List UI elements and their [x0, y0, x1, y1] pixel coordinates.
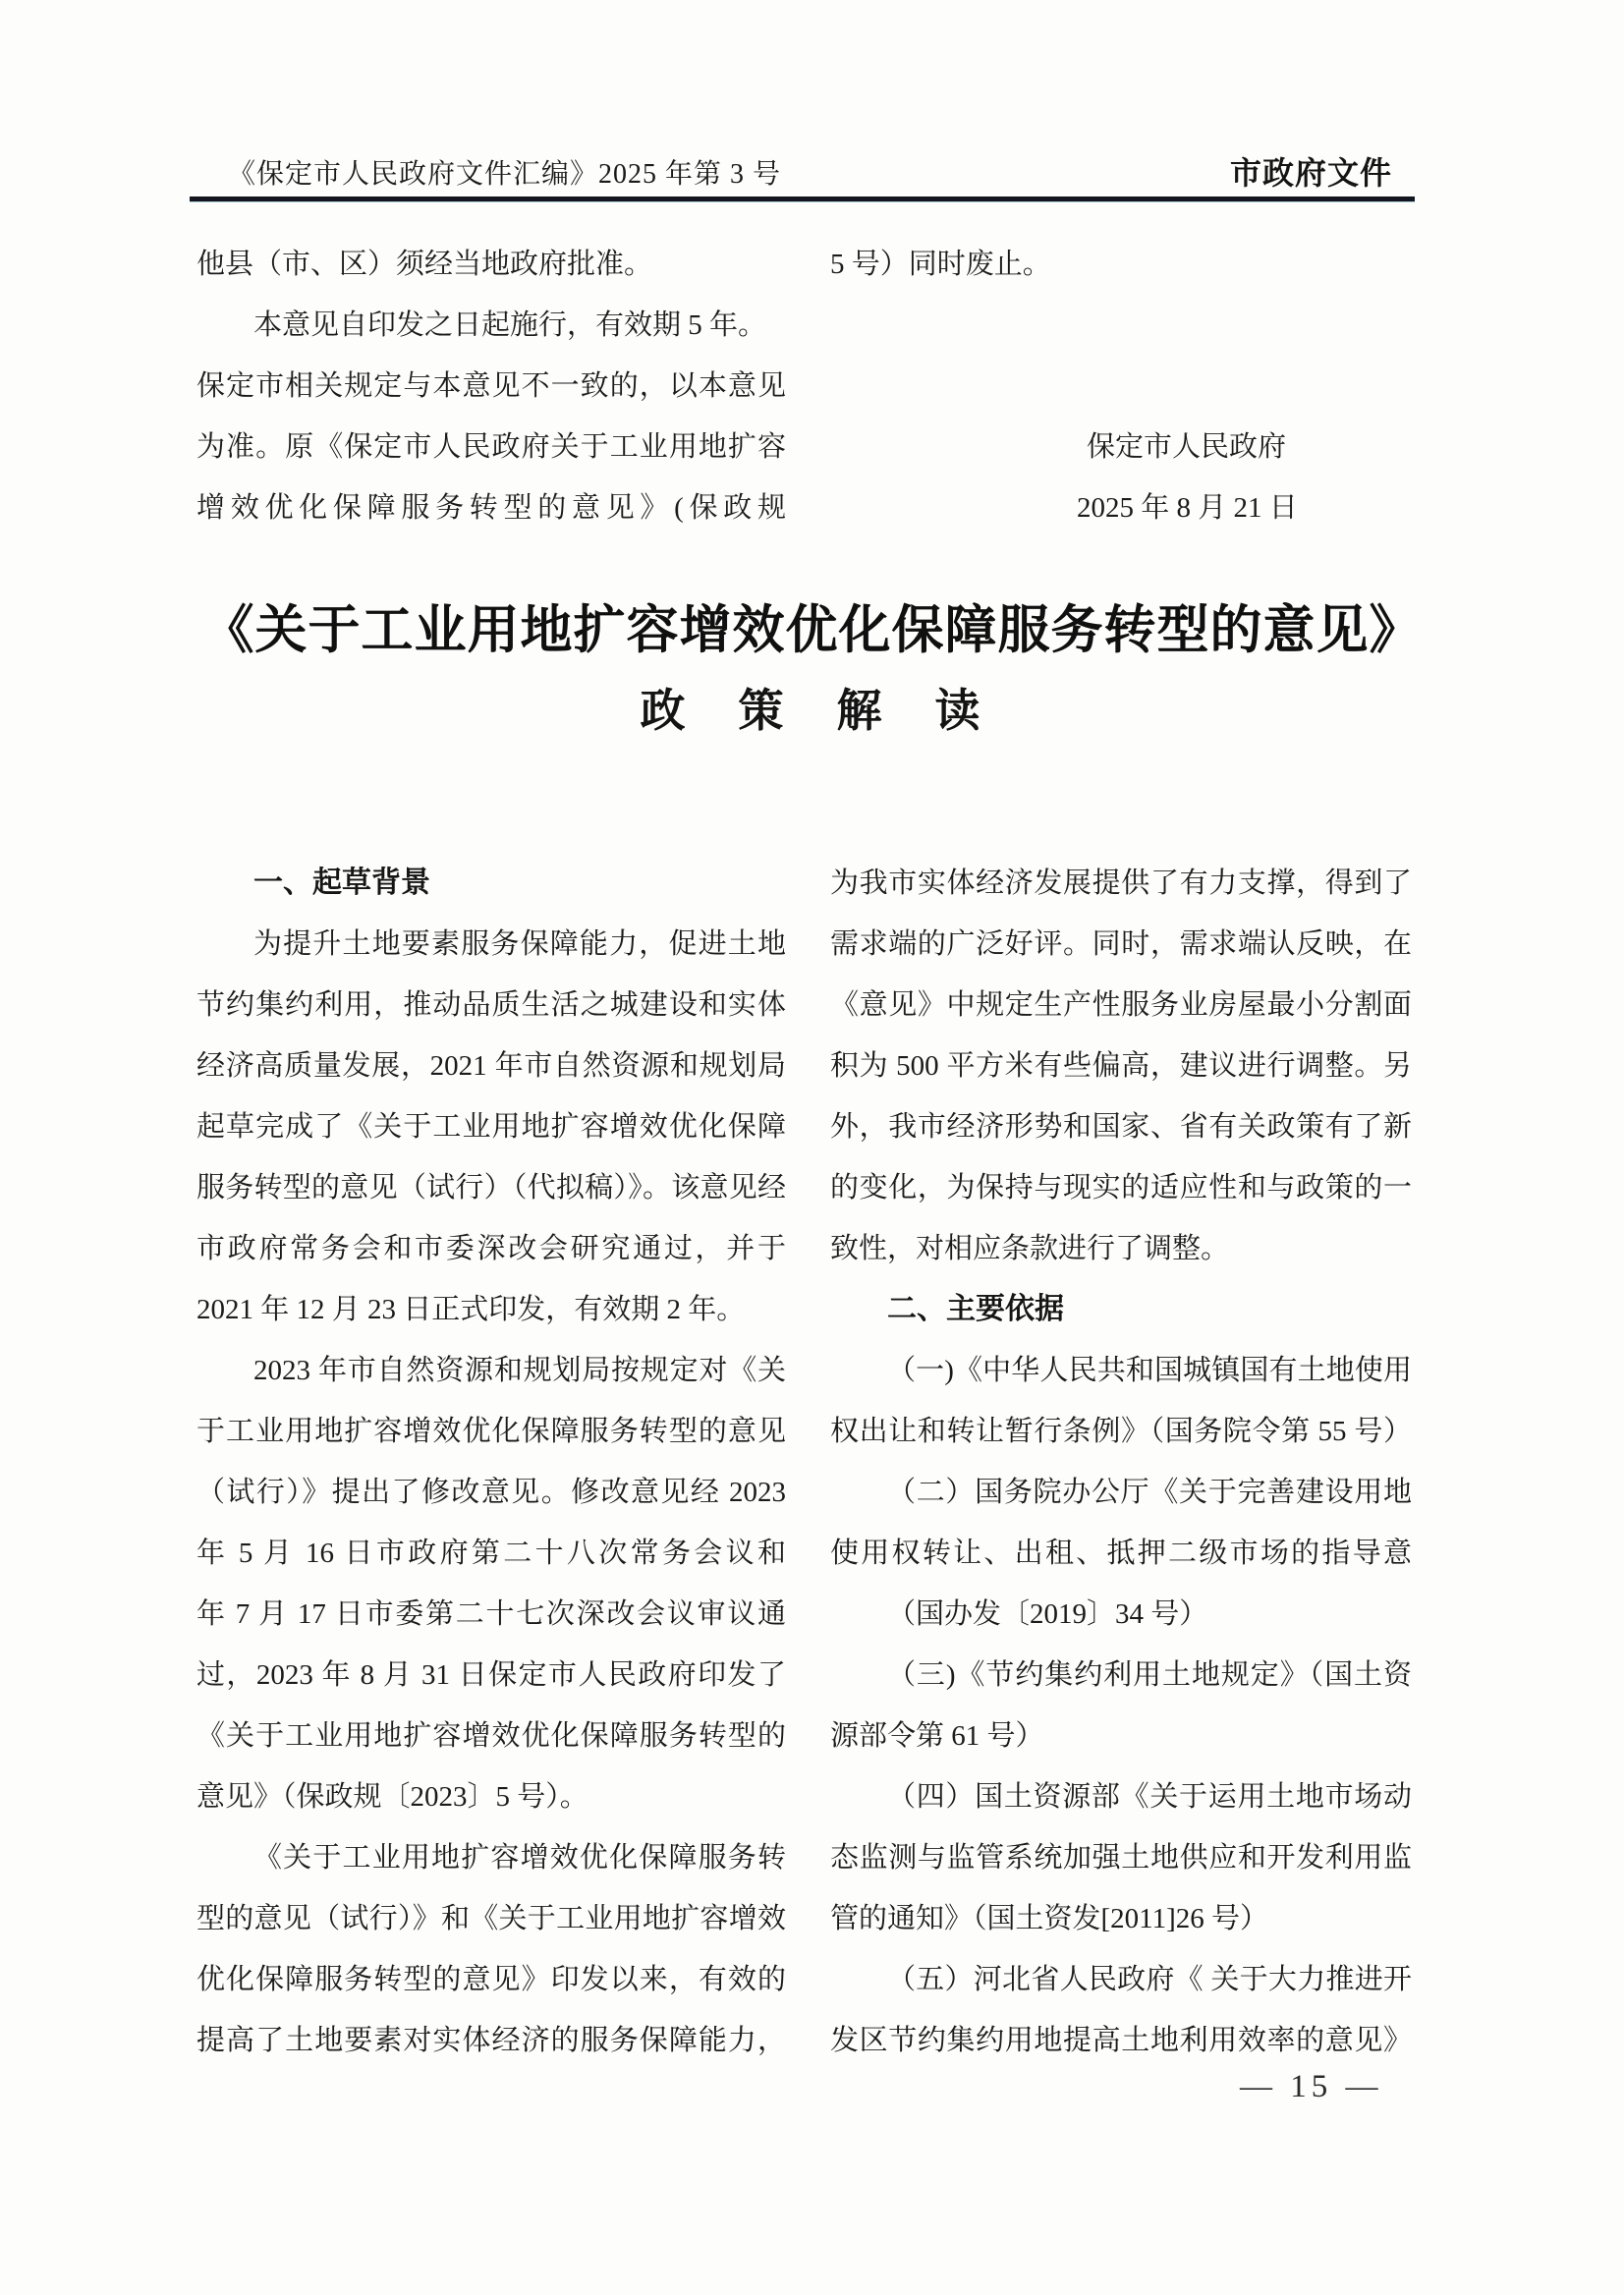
article-subtitle: 政 策 解 读 — [0, 680, 1624, 743]
signature-date: 2025 年 8 月 21 日 — [1077, 477, 1412, 538]
main-right-column: 为我市实体经济发展提供了有力支撑，得到了 需求端的广泛好评。同时，需求端认反映，… — [830, 853, 1412, 2071]
text-line: 经济高质量发展，2021 年市自然资源和规划局 — [196, 1036, 786, 1096]
text-line: 优化保障服务转型的意见》印发以来，有效的 — [196, 1949, 786, 2010]
text-line: 《关于工业用地扩容增效优化保障服务转 — [196, 1827, 786, 1888]
article-title: 《关于工业用地扩容增效优化保障服务转型的意见》 — [0, 595, 1624, 666]
header-doc-type: 市政府文件 — [1230, 151, 1392, 195]
text-line: （国办发〔2019〕34 号） — [830, 1584, 1412, 1645]
document-page: 《保定市人民政府文件汇编》2025 年第 3 号 市政府文件 他县（市、区）须经… — [0, 0, 1624, 2295]
text-line: 年 7 月 17 日市委第二十七次深改会议审议通 — [196, 1584, 786, 1645]
text-line: 积为 500 平方米有些偏高，建议进行调整。另 — [830, 1036, 1412, 1096]
text-line: （试行）》提出了修改意见。修改意见经 2023 — [196, 1462, 786, 1523]
text-line: 提高了土地要素对实体经济的服务保障能力， — [196, 2010, 786, 2071]
text-line: 增效优化保障服务转型的意见》(保政规〔2023〕 — [196, 477, 786, 538]
text-line: 管的通知》（国土资发[2011]26 号） — [830, 1888, 1412, 1949]
text-line: 为提升土地要素服务保障能力，促进土地 — [196, 914, 786, 975]
text-line: 本意见自印发之日起施行，有效期 5 年。 — [196, 295, 786, 356]
text-line: 致性，对相应条款进行了调整。 — [830, 1218, 1412, 1279]
text-line: 型的意见（试行）》和《关于工业用地扩容增效 — [196, 1888, 786, 1949]
text-line: 态监测与监管系统加强土地供应和开发利用监 — [830, 1827, 1412, 1888]
text-line: 于工业用地扩容增效优化保障服务转型的意见 — [196, 1401, 786, 1462]
text-line: （一)《中华人民共和国城镇国有土地使用 — [830, 1340, 1412, 1401]
text-line: 的变化，为保持与现实的适应性和与政策的一 — [830, 1157, 1412, 1218]
main-left-column: 一、起草背景 为提升土地要素服务保障能力，促进土地 节约集约利用，推动品质生活之… — [196, 853, 786, 2071]
blank-line — [830, 356, 1412, 417]
text-line: 外，我市经济形势和国家、省有关政策有了新 — [830, 1096, 1412, 1157]
text-line: 《关于工业用地扩容增效优化保障服务转型的 — [196, 1706, 786, 1766]
text-line: 保定市相关规定与本意见不一致的，以本意见 — [196, 356, 786, 417]
text-line: 2023 年市自然资源和规划局按规定对《关 — [196, 1340, 786, 1401]
page-number: — 15 — — [1240, 2065, 1383, 2108]
text-line: 发区节约集约用地提高土地利用效率的意见》 — [830, 2010, 1412, 2071]
text-line: 为我市实体经济发展提供了有力支撑，得到了 — [830, 853, 1412, 914]
text-line: 使用权转让、出租、抵押二级市场的指导意见》 — [830, 1523, 1412, 1584]
text-line: 过，2023 年 8 月 31 日保定市人民政府印发了 — [196, 1645, 786, 1706]
text-line: （三)《节约集约利用土地规定》（国土资 — [830, 1645, 1412, 1706]
text-line: 他县（市、区）须经当地政府批准。 — [196, 234, 786, 295]
intro-right-column: 5 号）同时废止。 保定市人民政府 2025 年 8 月 21 日 — [830, 234, 1412, 538]
text-line: （五）河北省人民政府《 关于大力推进开 — [830, 1949, 1412, 2010]
text-line: 源部令第 61 号） — [830, 1706, 1412, 1766]
section-heading-basis: 二、主要依据 — [830, 1279, 1412, 1340]
signature: 保定市人民政府 — [1087, 417, 1412, 477]
section-heading-background: 一、起草背景 — [196, 853, 786, 914]
text-line: 2021 年 12 月 23 日正式印发，有效期 2 年。 — [196, 1279, 786, 1340]
text-line: 服务转型的意见（试行）（代拟稿）》。该意见经 — [196, 1157, 786, 1218]
text-line: 权出让和转让暂行条例》（国务院令第 55 号） — [830, 1401, 1412, 1462]
text-line: 5 号）同时废止。 — [830, 234, 1412, 295]
text-line: 市政府常务会和市委深改会研究通过，并于 — [196, 1218, 786, 1279]
header-rule — [190, 196, 1415, 201]
text-line: （四）国土资源部《关于运用土地市场动 — [830, 1766, 1412, 1827]
text-line: （二）国务院办公厅《关于完善建设用地 — [830, 1462, 1412, 1523]
blank-line — [830, 295, 1412, 356]
intro-left-column: 他县（市、区）须经当地政府批准。 本意见自印发之日起施行，有效期 5 年。 保定… — [196, 234, 786, 538]
text-line: 起草完成了《关于工业用地扩容增效优化保障 — [196, 1096, 786, 1157]
text-line: 需求端的广泛好评。同时，需求端认反映，在 — [830, 914, 1412, 975]
header-journal-title: 《保定市人民政府文件汇编》2025 年第 3 号 — [228, 155, 781, 195]
text-line: 为准。原《保定市人民政府关于工业用地扩容 — [196, 417, 786, 477]
text-line: 节约集约利用，推动品质生活之城建设和实体 — [196, 975, 786, 1036]
text-line: 意见》（保政规〔2023〕5 号）。 — [196, 1766, 786, 1827]
text-line: 年 5 月 16 日市政府第二十八次常务会议和 2023 — [196, 1523, 786, 1584]
text-line: 《意见》中规定生产性服务业房屋最小分割面 — [830, 975, 1412, 1036]
